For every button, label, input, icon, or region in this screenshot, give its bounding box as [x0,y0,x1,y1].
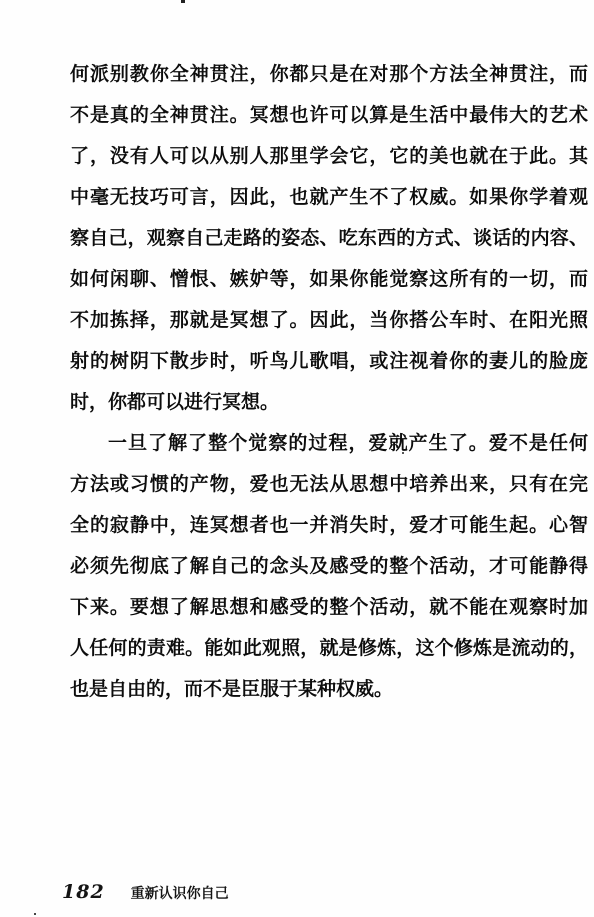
text-line: 一旦了解了整个觉察的过程，爱就产生了。爱不是任何 [70,423,588,464]
text-line: 必须先彻底了解自己的念头及感受的整个活动，才可能静得 [70,546,588,587]
book-title: 重新认识你自己 [131,883,229,903]
text-line: 全的寂静中，连冥想者也一并消失时，爱才可能生起。心智 [70,505,588,546]
scan-speck [402,452,404,454]
page-footer: 182 重新认识你自己 [62,881,229,903]
text-line: 时，你都可以进行冥想。 [70,382,588,423]
scanned-book-page: 何派别教你全神贯注，你都只是在对那个方法全神贯注，而 不是真的全神贯注。冥想也许… [0,0,594,917]
text-line: 如何闲聊、憎恨、嫉妒等，如果你能觉察这所有的一切，而 [70,259,588,300]
text-line: 方法或习惯的产物，爱也无法从思想中培养出来，只有在完 [70,464,588,505]
body-text: 何派别教你全神贯注，你都只是在对那个方法全神贯注，而 不是真的全神贯注。冥想也许… [70,54,588,710]
scan-speck [34,913,36,915]
text-line: 中毫无技巧可言，因此，也就产生不了权威。如果你学着观 [70,177,588,218]
text-line: 人任何的责难。能如此观照，就是修炼，这个修炼是流动的， [70,628,588,669]
text-line: 也是自由的，而不是臣服于某种权威。 [70,669,588,710]
text-line: 射的树阴下散步时，听鸟儿歌唱，或注视着你的妻儿的脸庞 [70,341,588,382]
text-line: 何派别教你全神贯注，你都只是在对那个方法全神贯注，而 [70,54,588,95]
scan-speck [181,0,185,3]
text-line: 不是真的全神贯注。冥想也许可以算是生活中最伟大的艺术 [70,95,588,136]
page-number: 182 [62,881,105,903]
text-line: 下来。要想了解思想和感受的整个活动，就不能在观察时加 [70,587,588,628]
text-line: 了，没有人可以从别人那里学会它，它的美也就在于此。其 [70,136,588,177]
text-line: 察自己，观察自己走路的姿态、吃东西的方式、谈话的内容、 [70,218,588,259]
text-line: 不加拣择，那就是冥想了。因此，当你搭公车时、在阳光照 [70,300,588,341]
